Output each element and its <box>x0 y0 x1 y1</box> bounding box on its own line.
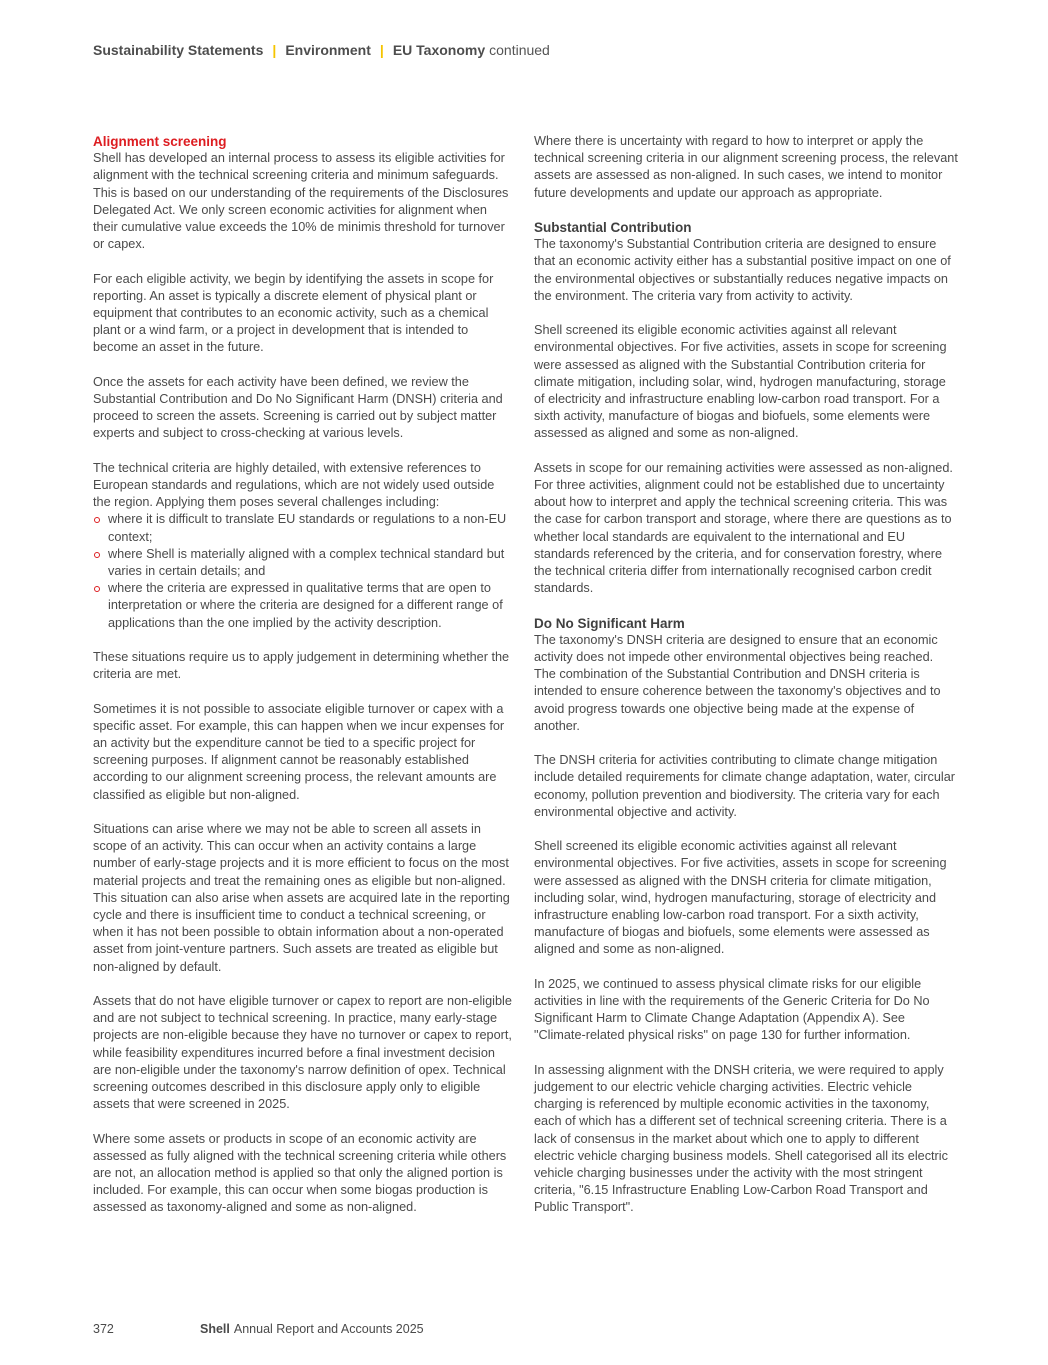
brand-name: Shell <box>200 1322 230 1336</box>
paragraph: These situations require us to apply jud… <box>93 649 513 683</box>
page-footer: 372 Shell Annual Report and Accounts 202… <box>93 1322 424 1336</box>
paragraph: In 2025, we continued to assess physical… <box>534 976 958 1045</box>
page-number: 372 <box>93 1322 200 1336</box>
left-column: Alignment screening Shell has developed … <box>93 133 513 1234</box>
list-item: where the criteria are expressed in qual… <box>93 580 513 632</box>
paragraph: In assessing alignment with the DNSH cri… <box>534 1062 958 1217</box>
breadcrumb-eu-taxonomy[interactable]: EU Taxonomy <box>393 42 485 58</box>
bullet-circle-icon <box>94 552 100 558</box>
bullet-circle-icon <box>94 517 100 523</box>
paragraph: Situations can arise where we may not be… <box>93 821 513 976</box>
breadcrumb-separator: | <box>380 42 384 58</box>
paragraph: The taxonomy's DNSH criteria are designe… <box>534 632 958 735</box>
paragraph: Shell screened its eligible economic act… <box>534 838 958 958</box>
bullet-circle-icon <box>94 586 100 592</box>
paragraph: Shell screened its eligible economic act… <box>534 322 958 442</box>
paragraph: Sometimes it is not possible to associat… <box>93 701 513 804</box>
paragraph: Assets in scope for our remaining activi… <box>534 460 958 598</box>
right-column: Where there is uncertainty with regard t… <box>534 133 958 1234</box>
list-item: where Shell is materially aligned with a… <box>93 546 513 580</box>
breadcrumb-separator: | <box>272 42 276 58</box>
publication-title: Annual Report and Accounts 2025 <box>234 1322 424 1336</box>
paragraph: Where there is uncertainty with regard t… <box>534 133 958 202</box>
paragraph: Where some assets or products in scope o… <box>93 1131 513 1217</box>
paragraph: The taxonomy's Substantial Contribution … <box>534 236 958 305</box>
list-item: where it is difficult to translate EU st… <box>93 511 513 545</box>
breadcrumb: Sustainability Statements | Environment … <box>93 42 550 58</box>
challenges-list: where it is difficult to translate EU st… <box>93 511 513 631</box>
breadcrumb-environment[interactable]: Environment <box>285 42 371 58</box>
paragraph: The DNSH criteria for activities contrib… <box>534 752 958 821</box>
breadcrumb-suffix: continued <box>489 42 550 58</box>
section-heading-do-no-significant-harm: Do No Significant Harm <box>534 615 958 632</box>
paragraph: The technical criteria are highly detail… <box>93 460 513 512</box>
breadcrumb-sustainability-statements[interactable]: Sustainability Statements <box>93 42 263 58</box>
section-heading-alignment-screening: Alignment screening <box>93 133 513 150</box>
paragraph: Assets that do not have eligible turnove… <box>93 993 513 1113</box>
paragraph: Once the assets for each activity have b… <box>93 374 513 443</box>
paragraph: For each eligible activity, we begin by … <box>93 271 513 357</box>
paragraph: Shell has developed an internal process … <box>93 150 513 253</box>
section-heading-substantial-contribution: Substantial Contribution <box>534 219 958 236</box>
